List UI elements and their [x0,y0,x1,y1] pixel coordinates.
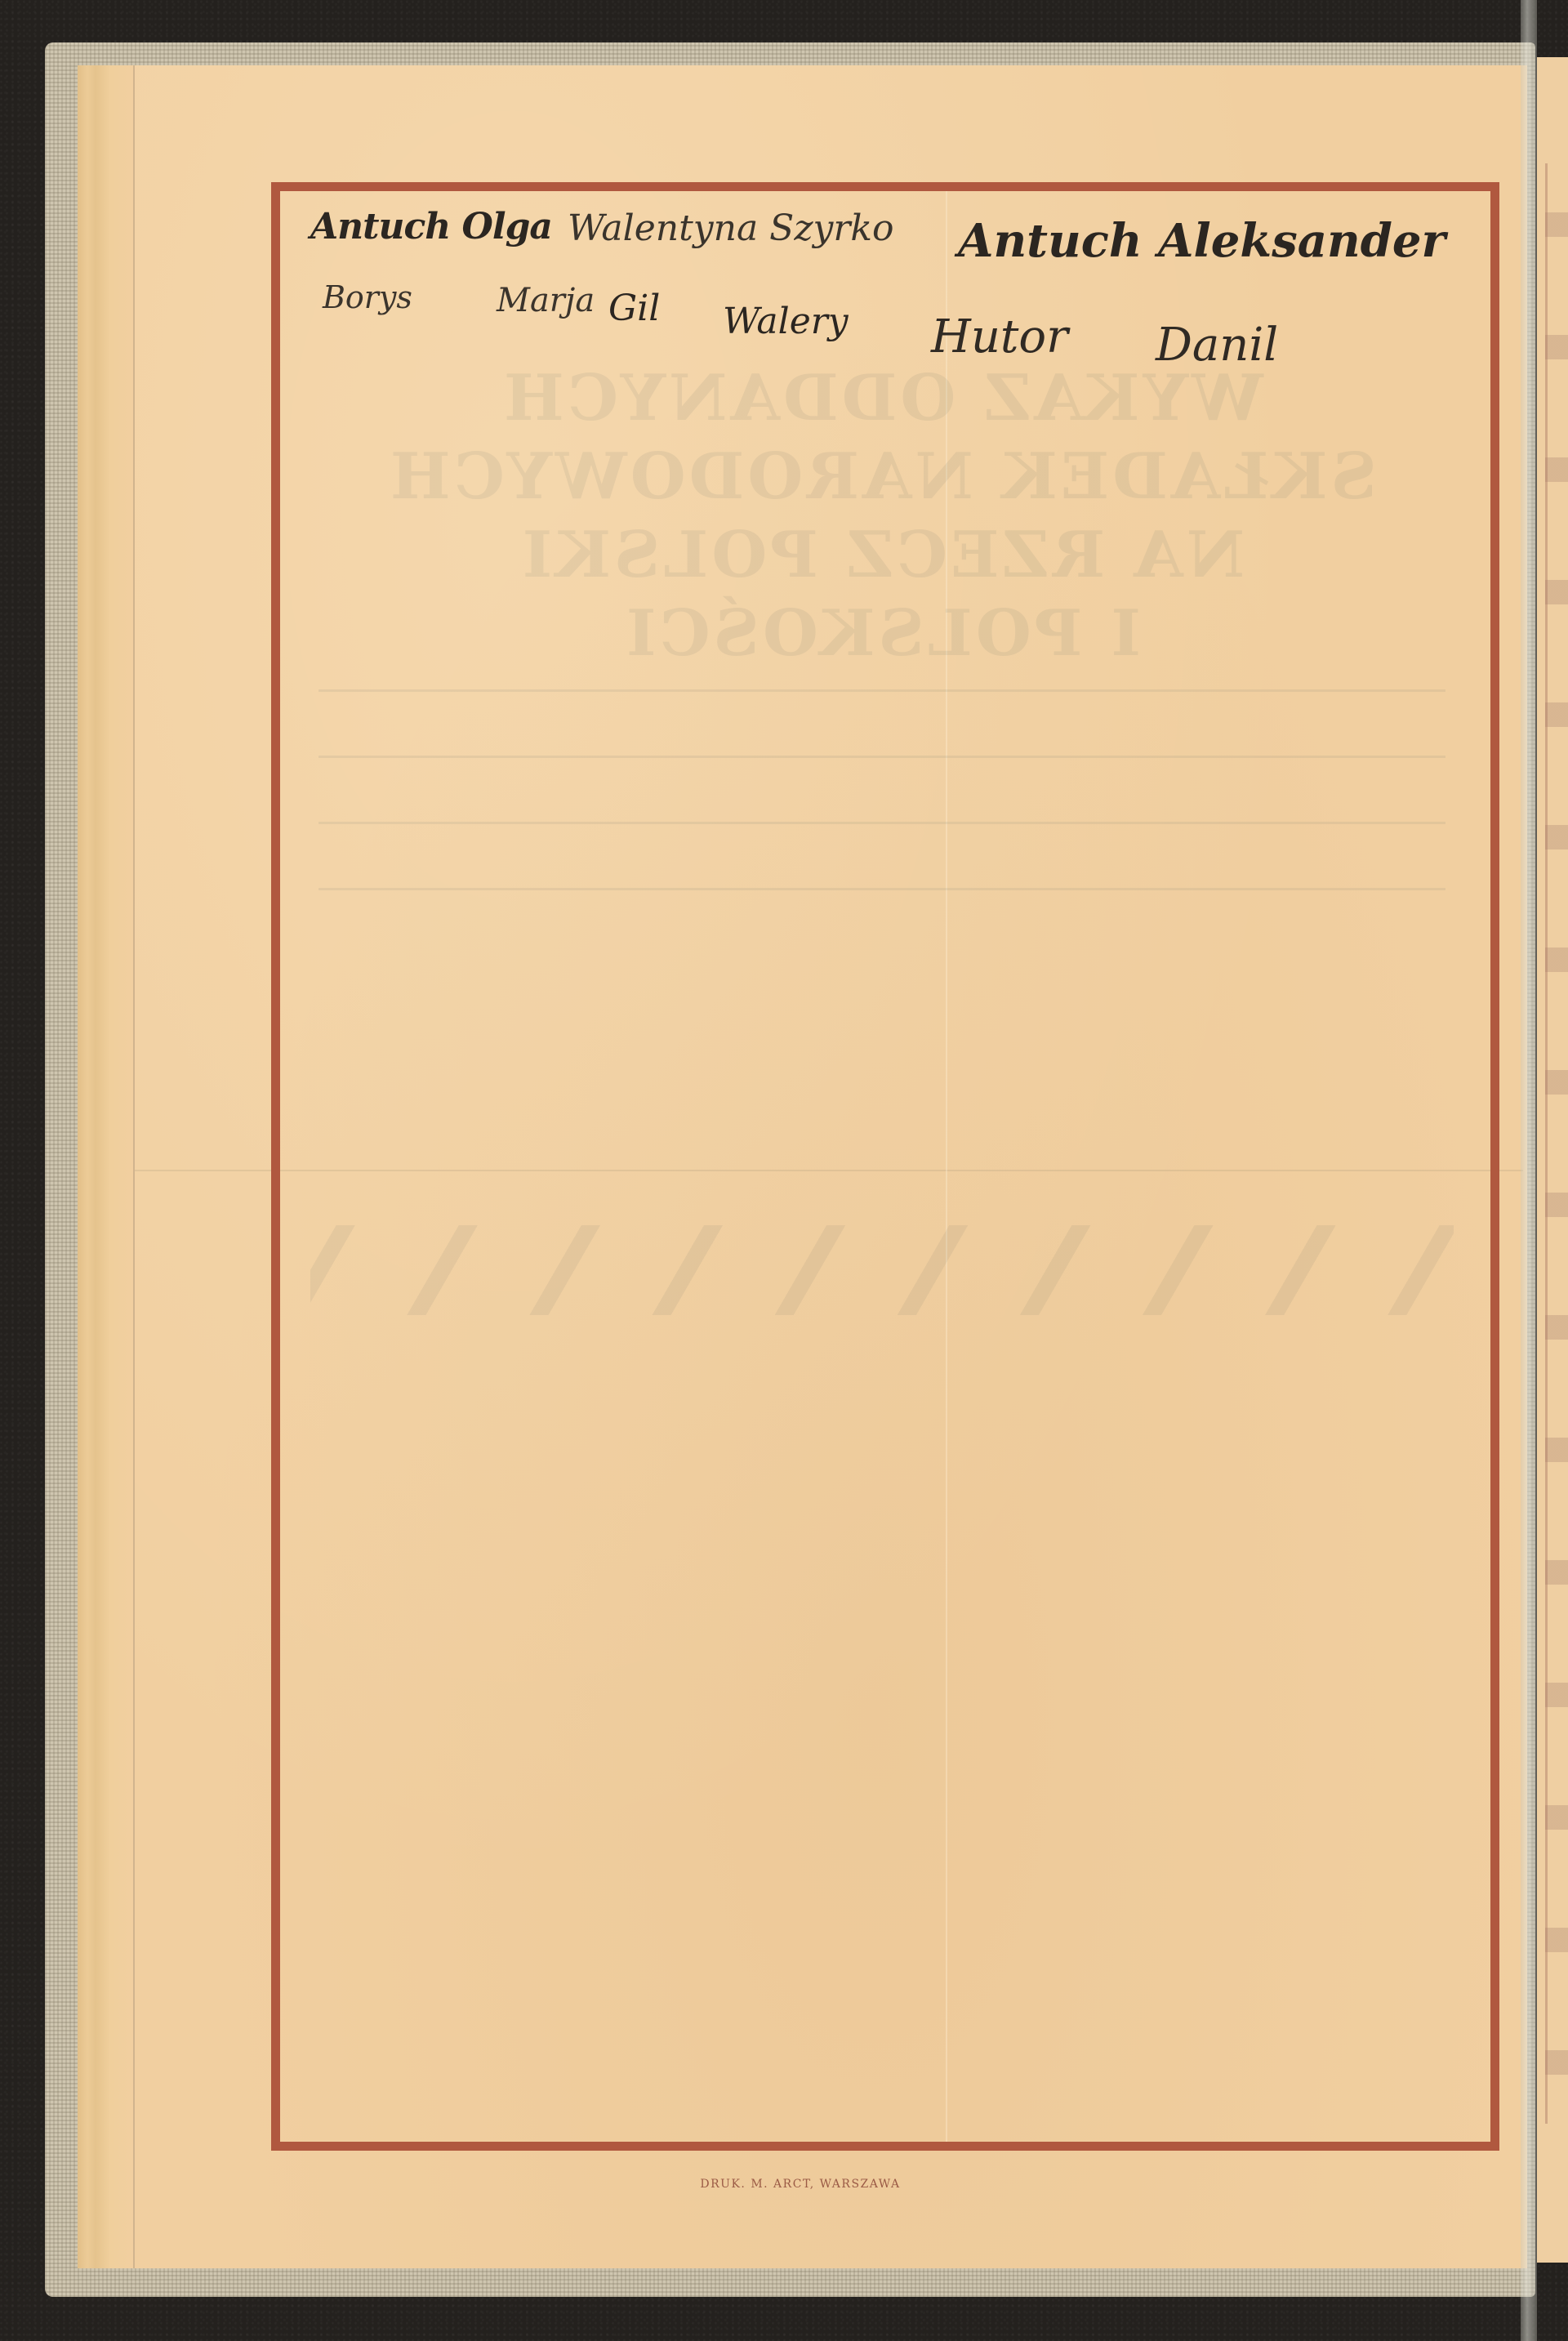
handwritten-name: Gil [608,288,660,329]
page-gutter-edges [78,65,135,2268]
adjacent-page-ornament [1545,163,1568,2124]
handwritten-name: Hutor [931,310,1068,363]
handwritten-name: Walery [723,301,849,342]
handwritten-name: Marja [497,282,595,319]
vertical-fold-line [133,65,135,2268]
printer-imprint: DRUK. M. ARCT, WARSZAWA [0,2178,1568,2191]
printed-red-border-frame [271,182,1499,2151]
handwritten-name: Danil [1156,319,1278,372]
handwritten-name: Walentyna Szyrko [568,207,894,249]
adjacent-page-edge [1537,57,1568,2263]
handwritten-name: Antuch Aleksander [958,214,1445,268]
handwritten-name: Antuch Olga [310,206,552,247]
glass-plate-edge [1521,0,1537,2341]
handwritten-name: Borys [323,279,412,315]
